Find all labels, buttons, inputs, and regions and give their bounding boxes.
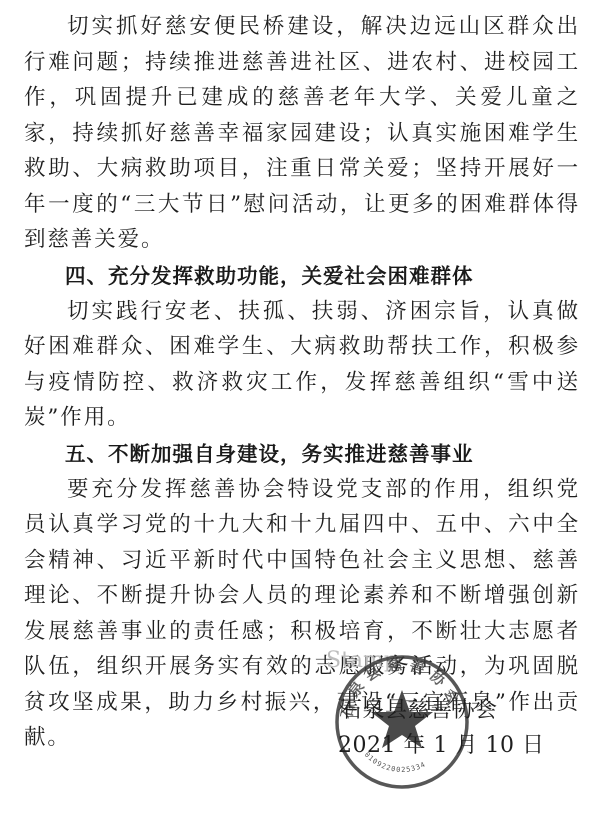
- section-heading-five: 五、不断加强自身建设，务实推进慈善事业: [24, 436, 580, 472]
- section-heading-four: 四、充分发挥救助功能，关爱社会困难群体: [24, 258, 580, 294]
- signature-organization: 石泉县慈善协会: [340, 693, 498, 724]
- paragraph-relief-work: 切实践行安老、扶孤、扶弱、济困宗旨，认真做好困难群众、困难学生、大病救助帮扶工作…: [24, 294, 580, 436]
- signature-date: 2021 年 1 月 10 日: [338, 728, 544, 759]
- signature-block: Stamp 石泉县慈善协会 0109220025334 石泉县慈善协会 2021…: [300, 640, 600, 821]
- paragraph-charity-bridge: 切实抓好慈安便民桥建设，解决边远山区群众出行难问题；持续推进慈善进社区、进农村、…: [24, 9, 580, 258]
